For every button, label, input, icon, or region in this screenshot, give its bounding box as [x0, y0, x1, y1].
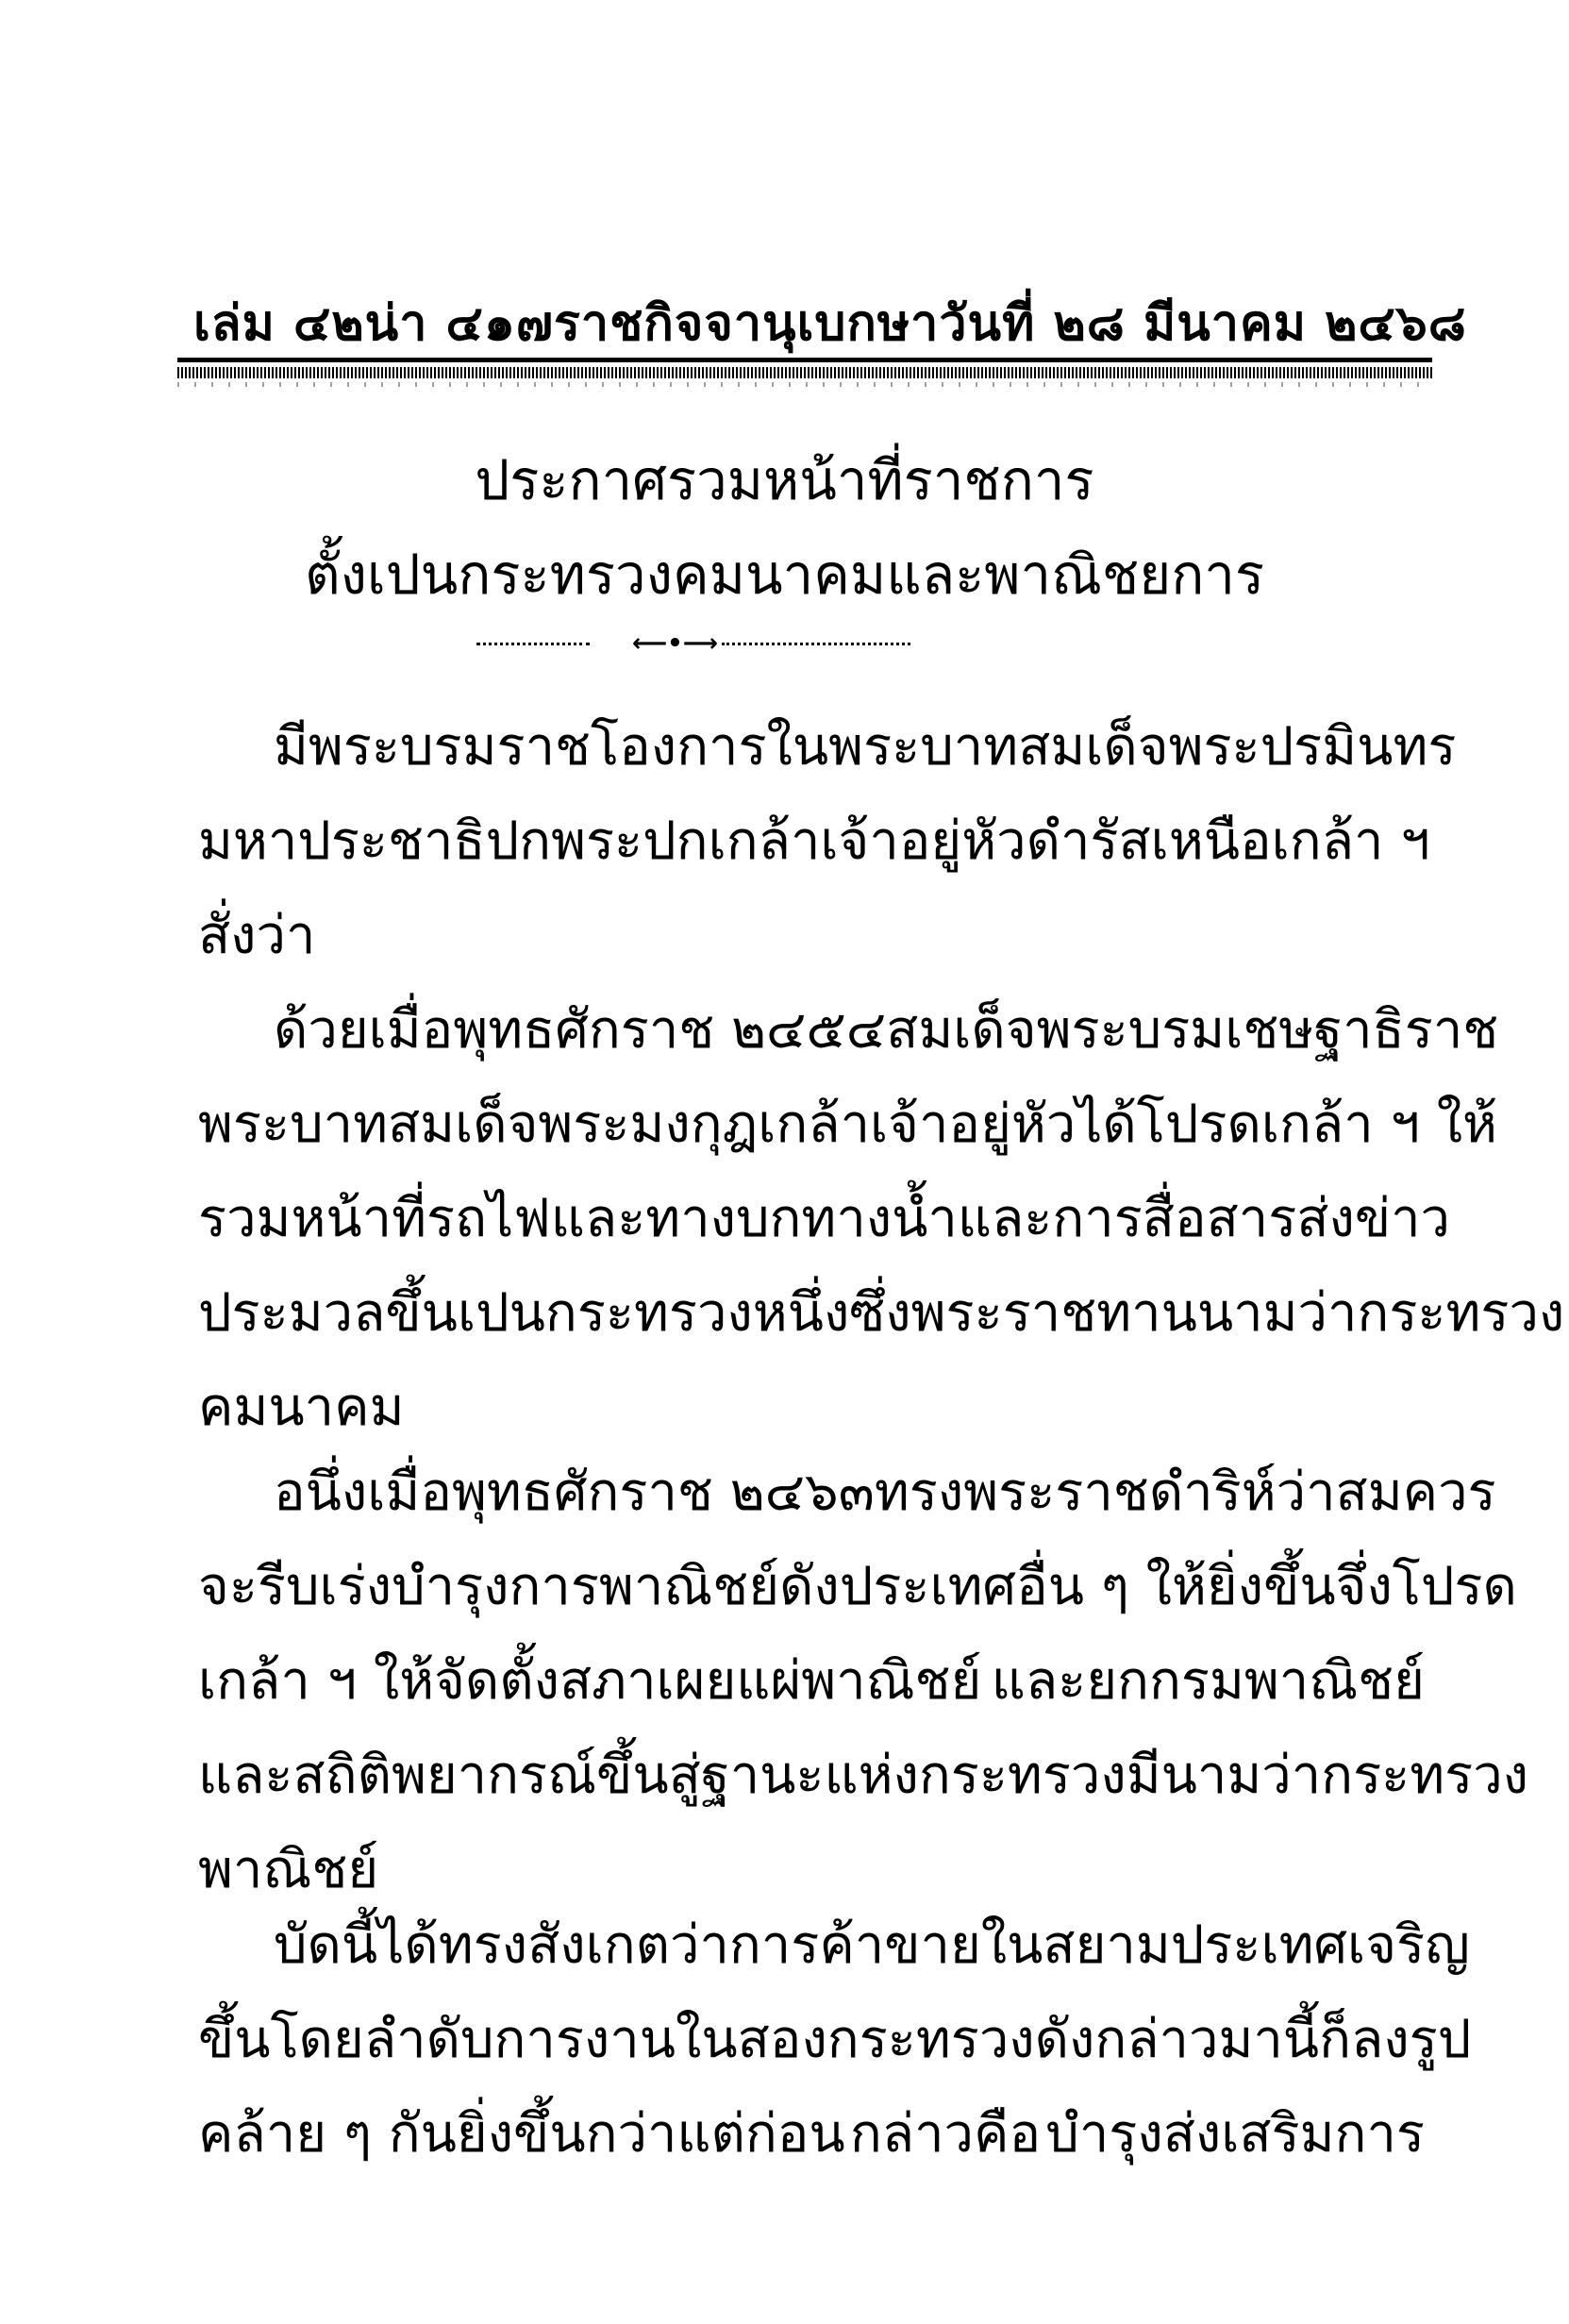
paragraph-ministry-commerce: อนึ่งเมื่อพุทธศักราช ๒๔๖๓ ทรงพระราชดำริห… [198, 1446, 1425, 1917]
header-hatch-rule [177, 367, 1432, 378]
text-line: มีพระบรมราชโองการ ในพระบาทสมเด็จพระปรมิน… [198, 700, 1425, 794]
text-line: รวมหน้าที่รถไฟและทางบกทางน้ำ และการสื่อส… [198, 1172, 1425, 1266]
text-line: พระบาทสมเด็จพระมงกุฎเกล้าเจ้าอยู่หัว ได้… [198, 1078, 1425, 1172]
text-line: อนึ่งเมื่อพุทธศักราช ๒๔๖๓ ทรงพระราชดำริห… [198, 1446, 1425, 1540]
header-rule [177, 358, 1432, 362]
text-line: คล้าย ๆ กันยิ่งขึ้นกว่าแต่ก่อน กล่าวคือ … [198, 2087, 1425, 2182]
volume-number: เล่ม ๔๒ [193, 283, 365, 361]
ornament-arrow-icon: ⟵•⟶ [632, 631, 718, 656]
document-title: ประกาศรวมหน้าที่ราชการ [0, 436, 1569, 524]
header-dotted-rule [177, 382, 1432, 387]
text-line: และสถิติพยากรณ์ขึ้นสู่ฐานะแห่งกระทรวง มี… [198, 1729, 1425, 1823]
dotted-line [476, 643, 590, 645]
gazette-header: เล่ม ๔๒ น่า ๔๑๗ ราชกิจจานุเบกษา วันที่ ๒… [193, 283, 1429, 361]
text-line: ประมวลขึ้นเปนกระทรวงหนึ่งซึ่งพระราชทานนา… [198, 1266, 1425, 1361]
paragraph-observation: บัดนี้ได้ทรงสังเกตว่า การค้าขายในสยามประ… [198, 1898, 1425, 2182]
paragraph-ministry-communications: ด้วยเมื่อพุทธศักราช ๒๔๕๔ สมเด็จพระบรมเชษ… [198, 983, 1425, 1455]
title-ornament-divider: ⟵•⟶ [335, 634, 1052, 653]
text-line: สั่งว่า [198, 889, 1425, 983]
text-line: คมนาคม [198, 1361, 1425, 1455]
text-line: ขึ้นโดยลำดับ การงานในสองกระทรวงดังกล่าวม… [198, 1993, 1425, 2087]
dotted-line [722, 643, 910, 645]
page-number: น่า ๔๑๗ [365, 283, 554, 361]
text-line: จะรีบเร่งบำรุงการพาณิชย์ดังประเทศอื่น ๆ … [198, 1540, 1425, 1634]
text-line: มหาประชาธิปก พระปกเกล้าเจ้าอยู่หัว ดำรัส… [198, 794, 1425, 889]
paragraph-proclamation: มีพระบรมราชโองการ ในพระบาทสมเด็จพระปรมิน… [198, 700, 1425, 983]
text-line: เกล้า ฯ ให้จัดตั้งสภาเผยแผ่พาณิชย์ และยก… [198, 1634, 1425, 1729]
text-line: บัดนี้ได้ทรงสังเกตว่า การค้าขายในสยามประ… [198, 1898, 1425, 1993]
document-subtitle: ตั้งเปนกระทรวงคมนาคมและพาณิชยการ [0, 530, 1569, 618]
text-line: ด้วยเมื่อพุทธศักราช ๒๔๕๔ สมเด็จพระบรมเชษ… [198, 983, 1425, 1078]
publication-name: ราชกิจจานุเบกษา [554, 283, 939, 361]
publication-date: วันที่ ๒๘ มีนาคม ๒๔๖๘ [939, 283, 1467, 361]
